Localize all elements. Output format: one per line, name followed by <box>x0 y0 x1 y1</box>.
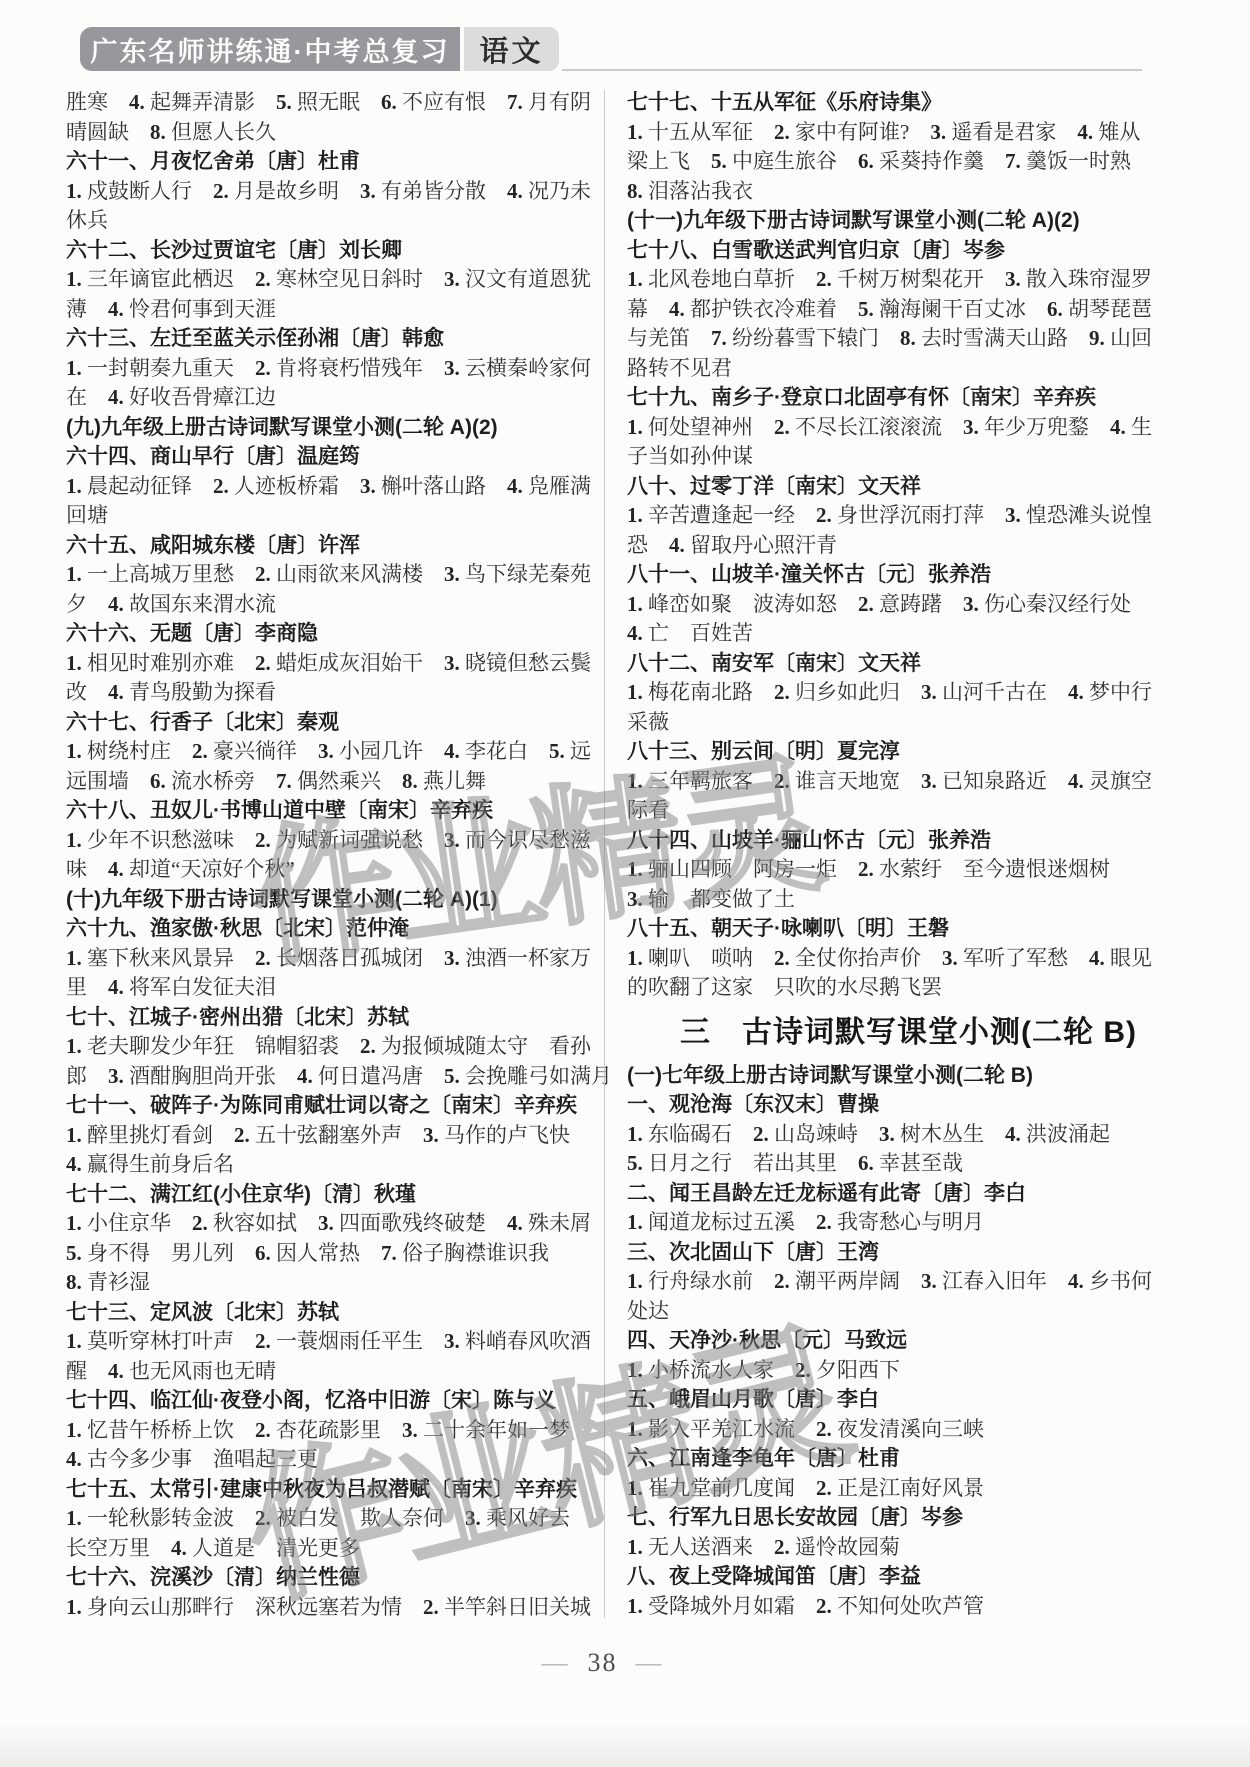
poem-heading: 一、观沧海〔东汉末〕曹操 <box>627 1090 1190 1120</box>
poem-heading: 八十一、山坡羊·潼关怀古〔元〕张养浩 <box>627 560 1190 590</box>
column-divider <box>604 90 605 1618</box>
answer-line: 梁上飞 5. 中庭生旅谷 6. 采葵持作羹 7. 羹饭一时熟 <box>627 147 1190 177</box>
subject-label: 语文 <box>479 29 543 70</box>
workbook-page: 广东名师讲练通·中考总复习 语文 胜寒 4. 起舞弄清影 5. 照无眠 6. 不… <box>0 0 1250 1767</box>
poem-heading: 六十五、咸阳城东楼〔唐〕许浑 <box>66 531 604 561</box>
answer-line: 与羌笛 7. 纷纷暮雪下辕门 8. 去时雪满天山路 9. 山回 <box>627 324 1190 354</box>
answer-line: 1. 梅花南北路 2. 归乡如此归 3. 山河千古在 4. 梦中行 <box>627 678 1190 708</box>
answer-line: 1. 辛苦遭逢起一经 2. 身世浮沉雨打萍 3. 惶恐滩头说惶 <box>627 501 1190 531</box>
answer-line: 醒 4. 也无风雨也无晴 <box>66 1357 604 1387</box>
poem-heading: 六、江南逢李龟年〔唐〕杜甫 <box>627 1444 1190 1474</box>
poem-heading: 六十一、月夜忆舍弟〔唐〕杜甫 <box>66 147 604 177</box>
answer-line: 1. 无人送酒来 2. 遥怜故园菊 <box>627 1533 1190 1563</box>
poem-heading: 六十六、无题〔唐〕李商隐 <box>66 619 604 649</box>
answer-line: 1. 戍鼓断人行 2. 月是故乡明 3. 有弟皆分散 4. 况乃未 <box>66 177 604 207</box>
answer-line: 1. 何处望神州 2. 不尽长江滚滚流 3. 年少万兜鍪 4. 生 <box>627 413 1190 443</box>
poem-heading: 七、行军九日思长安故园〔唐〕岑参 <box>627 1503 1190 1533</box>
poem-heading: 七十、江城子·密州出猎〔北宋〕苏轼 <box>66 1003 604 1033</box>
poem-heading: 七十九、南乡子·登京口北固亭有怀〔南宋〕辛弃疾 <box>627 383 1190 413</box>
answer-line: 际看 <box>627 796 1190 826</box>
answer-line: 1. 闻道龙标过五溪 2. 我寄愁心与明月 <box>627 1208 1190 1238</box>
poem-heading: 四、天净沙·秋思〔元〕马致远 <box>627 1326 1190 1356</box>
answer-line: 恐 4. 留取丹心照汗青 <box>627 531 1190 561</box>
answer-line: 改 4. 青鸟殷勤为探看 <box>66 678 604 708</box>
answer-line: 1. 行舟绿水前 2. 潮平两岸阔 3. 江春入旧年 4. 乡书何 <box>627 1267 1190 1297</box>
answer-line: 3. 输 都变做了土 <box>627 885 1190 915</box>
poem-heading: 六十三、左迁至蓝关示侄孙湘〔唐〕韩愈 <box>66 324 604 354</box>
poem-heading: 三、次北固山下〔唐〕王湾 <box>627 1238 1190 1268</box>
poem-heading: 七十八、白雪歌送武判官归京〔唐〕岑参 <box>627 236 1190 266</box>
page-footer: —38— <box>0 1648 1205 1678</box>
poem-heading: 七十四、临江仙·夜登小阁，忆洛中旧游〔宋〕陈与义 <box>66 1386 604 1416</box>
answer-line: 1. 相见时难别亦难 2. 蜡炬成灰泪始干 3. 晓镜但愁云鬓 <box>66 649 604 679</box>
answer-line: 8. 青衫湿 <box>66 1268 604 1298</box>
answer-line: 1. 东临碣石 2. 山岛竦峙 3. 树木丛生 4. 洪波涌起 <box>627 1120 1190 1150</box>
poem-heading: 六十九、渔家傲·秋思〔北宋〕范仲淹 <box>66 914 604 944</box>
poem-heading: 八十五、朝天子·咏喇叭〔明〕王磐 <box>627 914 1190 944</box>
answer-line: 1. 峰峦如聚 波涛如怒 2. 意踌躇 3. 伤心秦汉经行处 <box>627 590 1190 620</box>
answer-line: 5. 日月之行 若出其里 6. 幸甚至哉 <box>627 1149 1190 1179</box>
answer-line: 1. 骊山四顾 阿房一炬 2. 水萦纡 至今遗恨迷烟树 <box>627 855 1190 885</box>
answer-line: 1. 莫听穿林打叶声 2. 一蓑烟雨任平生 3. 料峭春风吹酒 <box>66 1327 604 1357</box>
poem-heading: 七十一、破阵子·为陈同甫赋壮词以寄之〔南宋〕辛弃疾 <box>66 1091 604 1121</box>
right-column: 七十七、十五从军征《乐府诗集》1. 十五从军征 2. 家中有阿谁? 3. 遥看是… <box>627 88 1190 1621</box>
footer-dash: — <box>524 1648 588 1677</box>
footer-dash: — <box>618 1648 682 1677</box>
section-heading: 三 古诗词默写课堂小测(二轮 B) <box>627 1003 1190 1061</box>
answer-line: 1. 三年羁旅客 2. 谁言天地宽 3. 已知泉路近 4. 灵旗空 <box>627 767 1190 797</box>
answer-line: 1. 晨起动征铎 2. 人迹板桥霜 3. 槲叶落山路 4. 凫雁满 <box>66 472 604 502</box>
answer-line: 1. 醉里挑灯看剑 2. 五十弦翻塞外声 3. 马作的卢飞快 <box>66 1121 604 1151</box>
answer-line: 1. 塞下秋来风景异 2. 长烟落日孤城闭 3. 浊酒一杯家万 <box>66 944 604 974</box>
series-title: 广东名师讲练通·中考总复习 <box>91 30 450 69</box>
answer-line: 4. 古今多少事 渔唱起三更 <box>66 1445 604 1475</box>
answer-line: 4. 赢得生前身后名 <box>66 1150 604 1180</box>
answer-line: 4. 亡 百姓苦 <box>627 619 1190 649</box>
answer-line: 郎 3. 酒酣胸胆尚开张 4. 何日遣冯唐 5. 会挽雕弓如满月 <box>66 1062 604 1092</box>
answer-line: 薄 4. 怜君何事到天涯 <box>66 295 604 325</box>
answer-line: 夕 4. 故国东来渭水流 <box>66 590 604 620</box>
answer-line: 回塘 <box>66 501 604 531</box>
answer-line: 1. 一封朝奏九重天 2. 肯将衰朽惜残年 3. 云横秦岭家何 <box>66 354 604 384</box>
poem-heading: 六十四、商山早行〔唐〕温庭筠 <box>66 442 604 472</box>
poem-heading: 六十七、行香子〔北宋〕秦观 <box>66 708 604 738</box>
answer-line: 里 4. 将军白发征夫泪 <box>66 973 604 1003</box>
poem-heading: 八十三、别云间〔明〕夏完淳 <box>627 737 1190 767</box>
answer-line: 1. 少年不识愁滋味 2. 为赋新词强说愁 3. 而今识尽愁滋 <box>66 826 604 856</box>
poem-heading: 七十七、十五从军征《乐府诗集》 <box>627 88 1190 118</box>
poem-heading: 八、夜上受降城闻笛〔唐〕李益 <box>627 1562 1190 1592</box>
answer-line: 在 4. 好收吾骨瘴江边 <box>66 383 604 413</box>
left-column: 胜寒 4. 起舞弄清影 5. 照无眠 6. 不应有恨 7. 月有阴晴圆缺 8. … <box>66 88 604 1622</box>
answer-line: 子当如孙仲谋 <box>627 442 1190 472</box>
answer-line: 1. 小住京华 2. 秋容如拭 3. 四面歌残终破楚 4. 殊未屑 <box>66 1209 604 1239</box>
poem-heading: 六十八、丑奴儿·书博山道中壁〔南宋〕辛弃疾 <box>66 796 604 826</box>
poem-heading: (一)七年级上册古诗词默写课堂小测(二轮 B) <box>627 1061 1190 1091</box>
poem-heading: 二、闻王昌龄左迁龙标遥有此寄〔唐〕李白 <box>627 1179 1190 1209</box>
poem-heading: (九)九年级上册古诗词默写课堂小测(二轮 A)(2) <box>66 413 604 443</box>
poem-heading: 八十四、山坡羊·骊山怀古〔元〕张养浩 <box>627 826 1190 856</box>
poem-heading: 六十二、长沙过贾谊宅〔唐〕刘长卿 <box>66 236 604 266</box>
answer-line: 1. 树绕村庄 2. 豪兴徜徉 3. 小园几许 4. 李花白 5. 远 <box>66 737 604 767</box>
answer-line: 味 4. 却道“天凉好个秋” <box>66 855 604 885</box>
header-rule <box>562 69 1142 71</box>
answer-line: 1. 受降城外月如霜 2. 不知何处吹芦管 <box>627 1592 1190 1622</box>
answer-line: 处达 <box>627 1297 1190 1327</box>
answer-line: 5. 身不得 男儿列 6. 因人常热 7. 俗子胸襟谁识我 <box>66 1239 604 1269</box>
poem-heading: 五、峨眉山月歌〔唐〕李白 <box>627 1385 1190 1415</box>
poem-heading: 八十二、南安军〔南宋〕文天祥 <box>627 649 1190 679</box>
poem-heading: 七十三、定风波〔北宋〕苏轼 <box>66 1298 604 1328</box>
series-title-badge: 广东名师讲练通·中考总复习 <box>80 27 460 71</box>
page-number: 38 <box>588 1648 618 1677</box>
poem-heading: (十)九年级下册古诗词默写课堂小测(二轮 A)(1) <box>66 885 604 915</box>
answer-line: 采薇 <box>627 708 1190 738</box>
answer-line: 胜寒 4. 起舞弄清影 5. 照无眠 6. 不应有恨 7. 月有阴 <box>66 88 604 118</box>
poem-heading: (十一)九年级下册古诗词默写课堂小测(二轮 A)(2) <box>627 206 1190 236</box>
answer-line: 1. 一轮秋影转金波 2. 被白发 欺人奈何 3. 乘风好去 <box>66 1504 604 1534</box>
answer-line: 休兵 <box>66 206 604 236</box>
answer-line: 8. 泪落沾我衣 <box>627 177 1190 207</box>
poem-heading: 七十二、满江红(小住京华)〔清〕秋瑾 <box>66 1180 604 1210</box>
answer-line: 1. 一上高城万里愁 2. 山雨欲来风满楼 3. 鸟下绿芜秦苑 <box>66 560 604 590</box>
answer-line: 1. 身向云山那畔行 深秋远塞若为情 2. 半竿斜日旧关城 <box>66 1593 604 1623</box>
answer-line: 远围墙 6. 流水桥旁 7. 偶然乘兴 8. 燕儿舞 <box>66 767 604 797</box>
answer-line: 1. 老夫聊发少年狂 锦帽貂裘 2. 为报倾城随太守 看孙 <box>66 1032 604 1062</box>
answer-line: 晴圆缺 8. 但愿人长久 <box>66 118 604 148</box>
answer-line: 1. 喇叭 唢呐 2. 全仗你抬声价 3. 军听了军愁 4. 眼见 <box>627 944 1190 974</box>
answer-line: 1. 小桥流水人家 2. 夕阳西下 <box>627 1356 1190 1386</box>
poem-heading: 七十六、浣溪沙〔清〕纳兰性德 <box>66 1563 604 1593</box>
answer-line: 1. 北风卷地白草折 2. 千树万树梨花开 3. 散入珠帘湿罗 <box>627 265 1190 295</box>
answer-line: 1. 忆昔午桥桥上饮 2. 杏花疏影里 3. 二十余年如一梦 <box>66 1416 604 1446</box>
subject-badge: 语文 <box>464 27 559 71</box>
answer-line: 幕 4. 都护铁衣冷难着 5. 瀚海阑干百丈冰 6. 胡琴琵琶 <box>627 295 1190 325</box>
answer-line: 1. 十五从军征 2. 家中有阿谁? 3. 遥看是君家 4. 雉从 <box>627 118 1190 148</box>
answer-line: 的吹翻了这家 只吹的水尽鹅飞罢 <box>627 973 1190 1003</box>
answer-line: 路转不见君 <box>627 354 1190 384</box>
answer-line: 1. 崔九堂前几度闻 2. 正是江南好风景 <box>627 1474 1190 1504</box>
answer-line: 1. 三年谪宦此栖迟 2. 寒林空见日斜时 3. 汉文有道恩犹 <box>66 265 604 295</box>
answer-line: 长空万里 4. 人道是 清光更多 <box>66 1534 604 1564</box>
poem-heading: 八十、过零丁洋〔南宋〕文天祥 <box>627 472 1190 502</box>
poem-heading: 七十五、太常引·建康中秋夜为吕叔潜赋〔南宋〕辛弃疾 <box>66 1475 604 1505</box>
answer-line: 1. 影入平羌江水流 2. 夜发清溪向三峡 <box>627 1415 1190 1445</box>
